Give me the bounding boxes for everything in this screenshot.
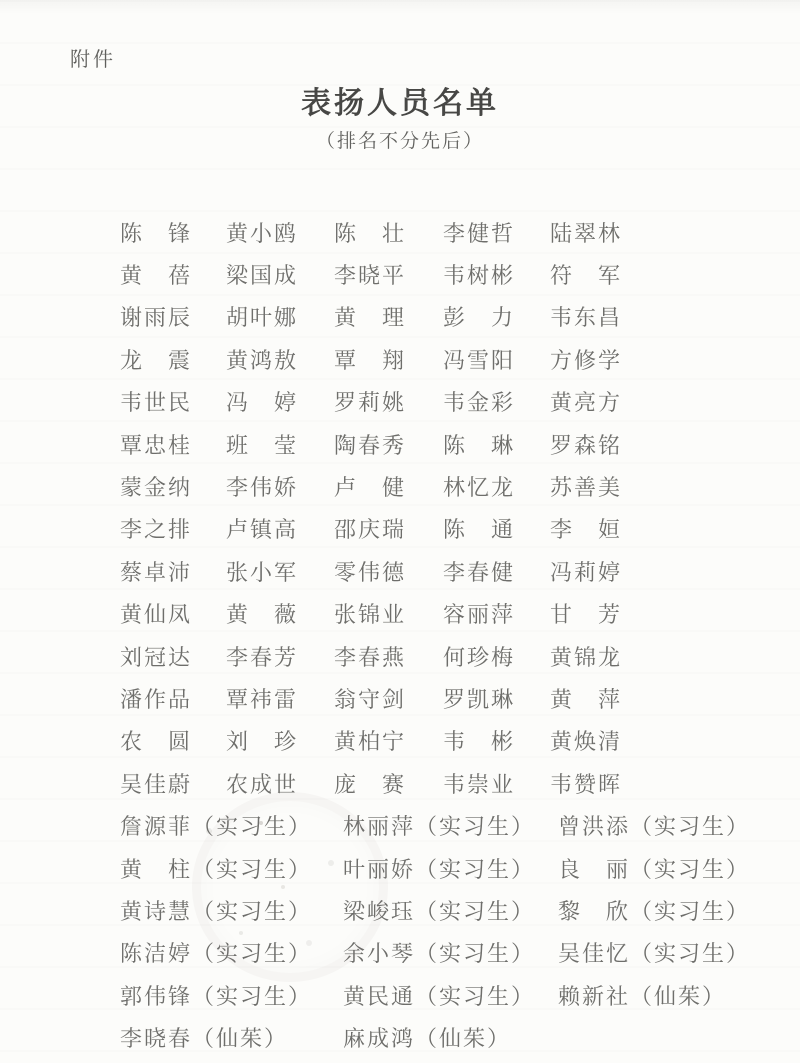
name-cell: 黄 萍 [550,683,770,714]
subtitle-note: （排名不分先后） [0,126,800,153]
name-cell: 谢雨辰 [120,301,226,332]
name-cell: 方修学 [550,344,770,375]
name-cell: 李之排 [120,513,226,544]
name-cell: 黄焕清 [550,725,770,756]
name-row: 吴佳蔚农成世庞 赛韦崇业韦赞晖 [120,762,770,804]
name-cell: 叶丽娇（实习生） [343,853,558,884]
name-cell: 韦东昌 [550,301,770,332]
name-cell: 黎 欣（实习生） [558,895,770,926]
name-cell: 赖新社（仙茱） [558,980,770,1011]
name-cell: 覃祎雷 [226,683,334,714]
name-cell: 郭伟锋（实习生） [120,980,343,1011]
name-row: 潘作品覃祎雷翁守剑罗凯琳黄 萍 [120,677,770,719]
name-row: 刘冠达李春芳李春燕何珍梅黄锦龙 [120,635,770,677]
name-cell: 苏善美 [550,471,770,502]
name-cell: 余小琴（实习生） [343,937,558,968]
name-cell: 蒙金纳 [120,471,226,502]
attachment-label: 附件 [70,43,116,72]
name-cell: 黄 理 [334,301,443,332]
name-cell: 冯雪阳 [443,344,550,375]
name-cell: 黄诗慧（实习生） [120,895,343,926]
name-cell: 零伟德 [334,556,443,587]
name-cell: 黄鸿敖 [226,344,334,375]
name-cell: 胡叶娜 [226,301,334,332]
name-cell: 良 丽（实习生） [558,853,770,884]
name-row: 韦世民冯 婷罗莉姚韦金彩黄亮方 [120,381,770,423]
name-cell: 陆翠林 [550,217,770,248]
name-row: 蔡卓沛张小军零伟德李春健冯莉婷 [120,550,770,592]
name-cell: 韦树彬 [443,259,550,290]
name-row: 黄 蓓梁国成李晓平韦树彬符 军 [120,253,770,295]
name-cell: 覃 翔 [334,344,443,375]
name-cell: 黄 柱（实习生） [120,853,343,884]
name-cell: 蔡卓沛 [120,556,226,587]
name-cell: 麻成鸿（仙茱） [343,1022,558,1053]
name-row: 蒙金纳李伟娇卢 健林忆龙苏善美 [120,465,770,507]
name-cell: 李晓春（仙茱） [120,1022,343,1053]
name-cell: 韦 彬 [443,725,550,756]
name-row: 覃忠桂班 莹陶春秀陈 琳罗森铭 [120,423,770,465]
name-cell: 龙 震 [120,344,226,375]
name-cell: 黄民通（实习生） [343,980,558,1011]
name-cell: 何珍梅 [443,641,550,672]
name-cell: 黄小鸥 [226,217,334,248]
name-row: 农 圆刘 珍黄柏宁韦 彬黄焕清 [120,720,770,762]
name-cell: 梁峻珏（实习生） [343,895,558,926]
name-cell: 农 圆 [120,725,226,756]
name-cell: 罗森铭 [550,429,770,460]
name-cell: 黄柏宁 [334,725,443,756]
name-cell: 梁国成 [226,259,334,290]
name-row: 谢雨辰胡叶娜黄 理彭 力韦东昌 [120,296,770,338]
name-cell: 陈 壮 [334,217,443,248]
name-cell: 黄仙凤 [120,598,226,629]
name-cell: 邵庆瑞 [334,513,443,544]
name-cell: 翁守剑 [334,683,443,714]
name-row: 黄 柱（实习生）叶丽娇（实习生）良 丽（实习生） [120,847,770,889]
name-cell: 卢镇高 [226,513,334,544]
name-cell: 庞 赛 [334,768,443,799]
name-cell: 张锦业 [334,598,443,629]
name-cell: 李伟娇 [226,471,334,502]
name-cell: 黄亮方 [550,386,770,417]
name-cell: 潘作品 [120,683,226,714]
name-cell: 吴佳蔚 [120,768,226,799]
name-cell: 卢 健 [334,471,443,502]
name-cell: 李春健 [443,556,550,587]
name-cell: 刘 珍 [226,725,334,756]
name-cell: 李春芳 [226,641,334,672]
name-row: 黄仙凤黄 薇张锦业容丽萍甘 芳 [120,593,770,635]
name-cell: 詹源菲（实习生） [120,810,343,841]
name-cell: 陶春秀 [334,429,443,460]
name-cell: 韦世民 [120,386,226,417]
name-cell: 韦金彩 [443,386,550,417]
name-cell: 林忆龙 [443,471,550,502]
name-cell: 黄 薇 [226,598,334,629]
name-row: 詹源菲（实习生）林丽萍（实习生）曾洪添（实习生） [120,804,770,846]
name-cell: 张小军 [226,556,334,587]
name-cell: 罗凯琳 [443,683,550,714]
name-cell: 陈 锋 [120,217,226,248]
name-cell: 陈 琳 [443,429,550,460]
name-cell: 吴佳忆（实习生） [558,937,770,968]
name-cell: 韦赞晖 [550,768,770,799]
name-cell: 农成世 [226,768,334,799]
name-cell: 彭 力 [443,301,550,332]
name-cell: 陈 通 [443,513,550,544]
name-cell: 覃忠桂 [120,429,226,460]
name-cell: 林丽萍（实习生） [343,810,558,841]
name-row: 李之排卢镇高邵庆瑞陈 通李 姮 [120,508,770,550]
name-cell: 刘冠达 [120,641,226,672]
document-page: 附件 表扬人员名单 （排名不分先后） 陈 锋黄小鸥陈 壮李健哲陆翠林黄 蓓梁国成… [0,0,800,1063]
name-cell: 黄 蓓 [120,259,226,290]
name-list: 陈 锋黄小鸥陈 壮李健哲陆翠林黄 蓓梁国成李晓平韦树彬符 军谢雨辰胡叶娜黄 理彭… [120,211,770,1059]
name-cell: 容丽萍 [443,598,550,629]
name-cell: 甘 芳 [550,598,770,629]
name-row: 黄诗慧（实习生）梁峻珏（实习生）黎 欣（实习生） [120,889,770,931]
name-cell: 符 军 [550,259,770,290]
name-cell: 曾洪添（实习生） [558,810,770,841]
name-row: 陈 锋黄小鸥陈 壮李健哲陆翠林 [120,211,770,253]
name-cell: 冯 婷 [226,386,334,417]
name-cell: 陈洁婷（实习生） [120,937,343,968]
page-title: 表扬人员名单 [0,78,800,122]
name-cell: 班 莹 [226,429,334,460]
name-cell: 李健哲 [443,217,550,248]
name-row: 郭伟锋（实习生）黄民通（实习生）赖新社（仙茱） [120,974,770,1016]
name-cell: 李晓平 [334,259,443,290]
name-row: 李晓春（仙茱）麻成鸿（仙茱） [120,1016,770,1058]
name-cell: 韦崇业 [443,768,550,799]
name-row: 陈洁婷（实习生）余小琴（实习生）吴佳忆（实习生） [120,932,770,974]
name-row: 龙 震黄鸿敖覃 翔冯雪阳方修学 [120,338,770,380]
name-cell: 黄锦龙 [550,641,770,672]
name-cell: 罗莉姚 [334,386,443,417]
name-cell: 李春燕 [334,641,443,672]
name-cell: 冯莉婷 [550,556,770,587]
name-cell: 李 姮 [550,513,770,544]
